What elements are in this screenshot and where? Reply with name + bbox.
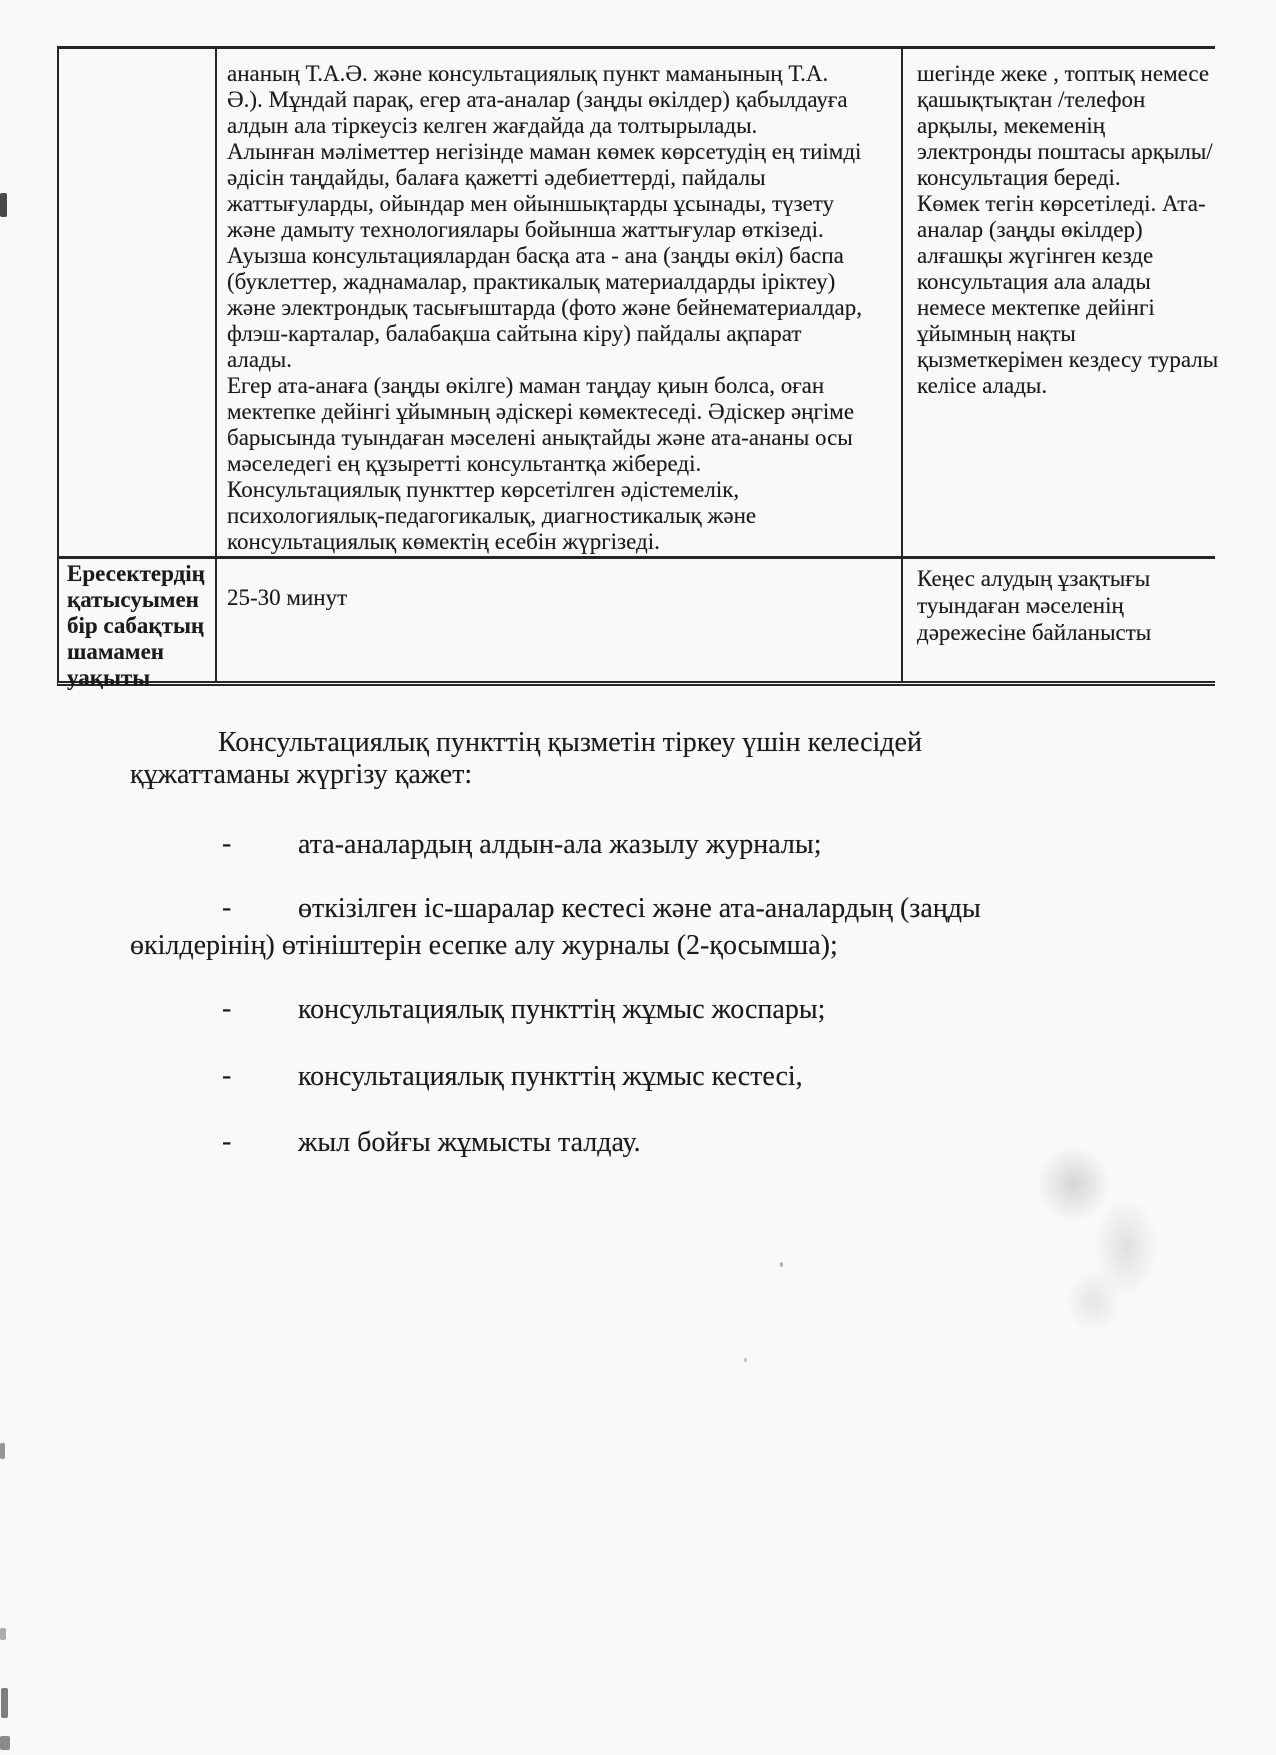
text-line: Көмек тегін көрсетіледі. Ата- xyxy=(917,191,1227,217)
text-line: уақыты xyxy=(67,665,213,691)
text-line: жаттығуларды, ойындар мен ойыншықтарды ұ… xyxy=(227,191,897,217)
intro-paragraph-line-1: Консультациялық пункттің қызметін тіркеу… xyxy=(218,726,922,760)
text-line: алады. xyxy=(227,347,897,373)
scan-smudge xyxy=(1035,1148,1165,1328)
table-cell-consultation-format: шегінде жеке , топтық немесеқашықтықтан … xyxy=(917,61,1227,399)
text-line: туындаған мәселенің xyxy=(917,592,1227,619)
text-line: ананың Т.А.Ә. және консультациялық пункт… xyxy=(227,61,897,87)
text-line: Алынған мәліметтер негізінде маман көмек… xyxy=(227,139,897,165)
text-line: арқылы, мекеменің xyxy=(917,113,1227,139)
scan-edge-mark xyxy=(0,1443,5,1459)
list-dash-marker: - xyxy=(222,1060,231,1092)
text-line: аналар (заңды өкілдер) xyxy=(917,217,1227,243)
scan-edge-mark xyxy=(1,1688,8,1718)
text-line: барысында туындаған мәселені анықтайды ж… xyxy=(227,425,897,451)
text-line: флэш-карталар, балабақша сайтына кіру) п… xyxy=(227,321,897,347)
text-line: Ересектердің xyxy=(67,561,213,587)
text-line: (буклеттер, жаднамалар, практикалық мате… xyxy=(227,269,897,295)
text-line: шамамен xyxy=(67,639,213,665)
list-dash-marker: - xyxy=(222,892,231,924)
text-line: консультация ала алады xyxy=(917,269,1227,295)
text-line: электронды поштасы арқылы/ xyxy=(917,139,1227,165)
list-item-text: консультациялық пункттің жұмыс жоспары; xyxy=(298,993,825,1027)
text-line: психологиялық-педагогикалық, диагностика… xyxy=(227,503,897,529)
text-line: Егер ата-анаға (заңды өкілге) маман таңд… xyxy=(227,373,897,399)
text-line: немесе мектепке дейінгі xyxy=(917,295,1227,321)
list-item-text: өткізілген іс-шаралар кестесі және ата-а… xyxy=(298,892,981,926)
text-line: және электрондық тасығыштарда (фото және… xyxy=(227,295,897,321)
table-cell-procedure-description: ананың Т.А.Ә. және консультациялық пункт… xyxy=(227,61,897,555)
intro-paragraph-line-2: құжаттаманы жүргізу қажет: xyxy=(130,758,472,792)
list-item-text-continuation: өкілдерінің) өтініштерін есепке алу журн… xyxy=(130,929,838,963)
scan-edge-mark xyxy=(0,193,7,217)
list-item-text: жыл бойғы жұмысты талдау. xyxy=(298,1126,641,1160)
scan-speck xyxy=(780,1262,783,1267)
text-line: Консультациялық пункттер көрсетілген әді… xyxy=(227,477,897,503)
text-line: қашықтықтан /телефон xyxy=(917,87,1227,113)
list-dash-marker: - xyxy=(222,828,231,860)
scanned-document-page: ананың Т.А.Ә. және консультациялық пункт… xyxy=(0,0,1276,1755)
text-line: Ауызша консультациялардан басқа ата - ан… xyxy=(227,243,897,269)
table-column-divider-1 xyxy=(215,49,217,681)
scan-speck xyxy=(744,1358,747,1362)
text-line: мәселедегі ең құзыретті консультантқа жі… xyxy=(227,451,897,477)
text-line: қатысуымен xyxy=(67,587,213,613)
table-cell-session-duration-note: Кеңес алудың ұзақтығытуындаған мәселенің… xyxy=(917,565,1227,646)
text-line: шегінде жеке , топтық немесе xyxy=(917,61,1227,87)
text-line: келісе алады. xyxy=(917,373,1227,399)
table-column-divider-2 xyxy=(901,49,903,681)
table-row-divider xyxy=(59,556,1215,559)
scan-edge-mark xyxy=(0,1628,6,1640)
text-line: ұйымның нақты xyxy=(917,321,1227,347)
text-line: консультациялық көмектің есебін жүргізед… xyxy=(227,529,897,555)
text-line: алғашқы жүгінген кезде xyxy=(917,243,1227,269)
text-line: бір сабақтың xyxy=(67,613,213,639)
list-item-text: консультациялық пункттің жұмыс кестесі, xyxy=(298,1060,803,1094)
text-line: Кеңес алудың ұзақтығы xyxy=(917,565,1227,592)
text-line: әдісін таңдайды, балаға қажетті әдебиетт… xyxy=(227,165,897,191)
list-dash-marker: - xyxy=(222,993,231,1025)
text-line: және дамыту технологиялары бойынша жатты… xyxy=(227,217,897,243)
text-line: дәрежесіне байланысты xyxy=(917,619,1227,646)
text-line: мектепке дейінгі ұйымның әдіскері көмект… xyxy=(227,399,897,425)
text-line: алдын ала тіркеусіз келген жағдайда да т… xyxy=(227,113,897,139)
text-line: қызметкерімен кездесу туралы xyxy=(917,347,1227,373)
table-cell-session-duration-value: 25-30 минут xyxy=(227,585,827,611)
list-item-text: ата-аналардың алдын-ала жазылу журналы; xyxy=(298,828,821,862)
table-cell-session-duration-header: Ересектердіңқатысуыменбір сабақтыңшамаме… xyxy=(67,561,213,691)
consultation-point-table: ананың Т.А.Ә. және консультациялық пункт… xyxy=(57,46,1215,686)
list-dash-marker: - xyxy=(222,1126,231,1158)
scan-edge-mark xyxy=(0,1736,10,1750)
text-line: Ә.). Мұндай парақ, егер ата-аналар (заңд… xyxy=(227,87,897,113)
text-line: консультация береді. xyxy=(917,165,1227,191)
